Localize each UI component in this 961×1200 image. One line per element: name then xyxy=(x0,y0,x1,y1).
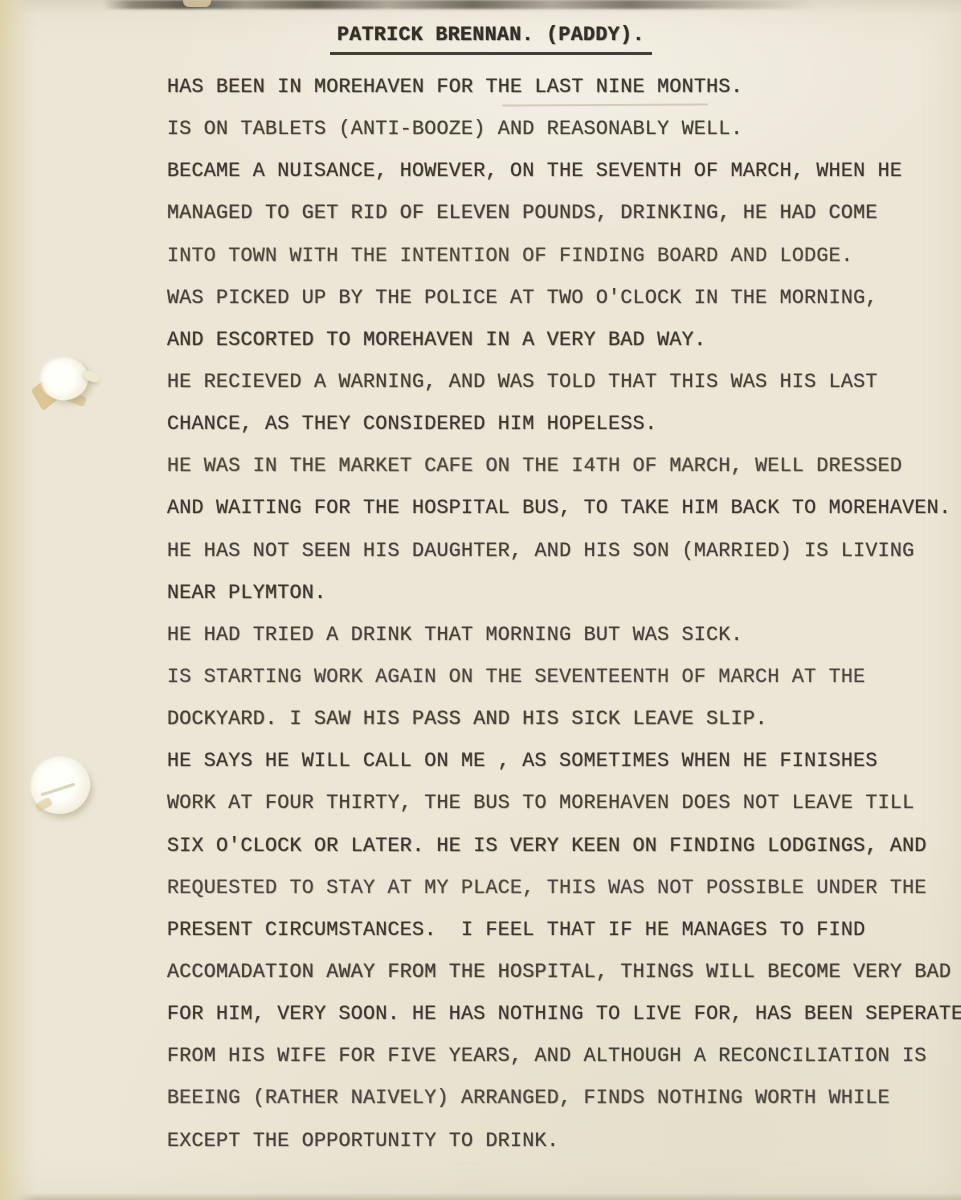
text-line: WORK AT FOUR THIRTY, THE BUS TO MOREHAVE… xyxy=(167,783,961,825)
text-line: WAS PICKED UP BY THE POLICE AT TWO O'CLO… xyxy=(167,278,961,320)
text-line: DOCKYARD. I SAW HIS PASS AND HIS SICK LE… xyxy=(167,699,961,741)
text-line: FOR HIM, VERY SOON. HE HAS NOTHING TO LI… xyxy=(167,994,961,1036)
text-line: HE WAS IN THE MARKET CAFE ON THE I4TH OF… xyxy=(167,446,961,488)
text-line: HE RECIEVED A WARNING, AND WAS TOLD THAT… xyxy=(167,362,961,404)
text-line: HE SAYS HE WILL CALL ON ME , AS SOMETIME… xyxy=(167,741,961,783)
text-line: PRESENT CIRCUMSTANCES. I FEEL THAT IF HE… xyxy=(167,910,961,952)
typewritten-document-page: PATRICK BRENNAN. (PADDY). HAS BEEN IN MO… xyxy=(0,0,961,1200)
paper-crease-spot-lower xyxy=(26,754,110,834)
text-line: FROM HIS WIFE FOR FIVE YEARS, AND ALTHOU… xyxy=(167,1036,961,1078)
paper-crease-spot-upper xyxy=(30,356,102,420)
text-line: AND WAITING FOR THE HOSPITAL BUS, TO TAK… xyxy=(167,488,961,530)
text-line: ACCOMADATION AWAY FROM THE HOSPITAL, THI… xyxy=(167,952,961,994)
text-line: CHANCE, AS THEY CONSIDERED HIM HOPELESS. xyxy=(167,404,961,446)
text-line: IS ON TABLETS (ANTI-BOOZE) AND REASONABL… xyxy=(167,109,961,151)
text-line: HE HAD TRIED A DRINK THAT MORNING BUT WA… xyxy=(167,615,961,657)
text-line: BECAME A NUISANCE, HOWEVER, ON THE SEVEN… xyxy=(167,151,961,193)
text-line: HAS BEEN IN MOREHAVEN FOR THE LAST NINE … xyxy=(167,67,961,109)
text-line: REQUESTED TO STAY AT MY PLACE, THIS WAS … xyxy=(167,868,961,910)
text-line: MANAGED TO GET RID OF ELEVEN POUNDS, DRI… xyxy=(167,193,961,235)
text-line: AND ESCORTED TO MOREHAVEN IN A VERY BAD … xyxy=(167,320,961,362)
scan-edge-notch xyxy=(183,0,211,7)
text-line: BEEING (RATHER NAIVELY) ARRANGED, FINDS … xyxy=(167,1078,961,1120)
text-line: NEAR PLYMTON. xyxy=(167,573,961,615)
text-line: IS STARTING WORK AGAIN ON THE SEVENTEENT… xyxy=(167,657,961,699)
text-line: EXCEPT THE OPPORTUNITY TO DRINK. xyxy=(167,1121,961,1163)
text-line: SIX O'CLOCK OR LATER. HE IS VERY KEEN ON… xyxy=(167,826,961,868)
document-body: HAS BEEN IN MOREHAVEN FOR THE LAST NINE … xyxy=(167,67,961,1163)
text-line: HE HAS NOT SEEN HIS DAUGHTER, AND HIS SO… xyxy=(167,531,961,573)
text-line: INTO TOWN WITH THE INTENTION OF FINDING … xyxy=(167,236,961,278)
document-title: PATRICK BRENNAN. (PADDY). xyxy=(330,24,652,55)
